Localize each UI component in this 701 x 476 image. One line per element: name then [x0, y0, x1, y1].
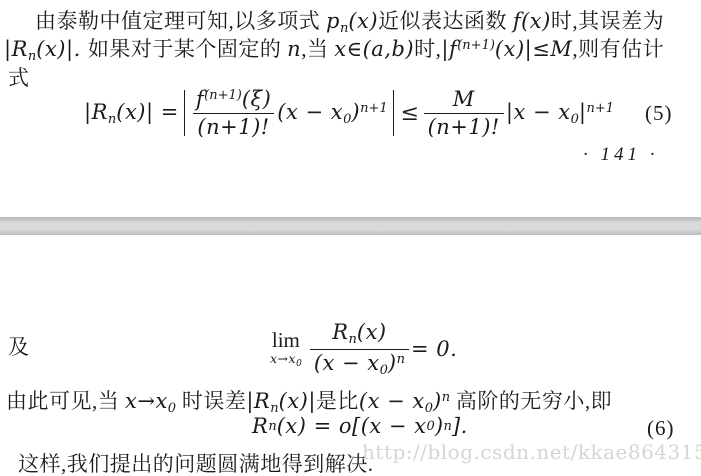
fraction-numerator: f(n+1)(ξ): [192, 88, 275, 112]
formula-5-lhs: |Rn(x)| =: [84, 100, 179, 127]
lead-word: 及: [8, 331, 30, 361]
formula-5-rhs: |x − x0|n+1: [506, 100, 614, 127]
paragraph-line: 式: [8, 62, 30, 92]
fraction: M (n+1)!: [424, 88, 504, 137]
fraction-denominator: (n+1)!: [424, 113, 504, 138]
limit-operator: lim x→x0: [270, 330, 302, 369]
paragraph-line: 由此可见,当 x→x0 时误差|Rn(x)|是比(x − x0)n 高阶的无穷小…: [6, 385, 612, 416]
watermark-url: http://blog.csdn.net/kkae8643150: [362, 440, 701, 464]
page-number: · 141 ·: [583, 144, 659, 166]
limit-equals-zero: = 0.: [411, 337, 457, 362]
paragraph-line: 这样,我们提出的问题圆满地得到解决.: [18, 448, 374, 476]
absolute-value-bar: [184, 90, 185, 136]
paragraph-line: 由泰勒中值定理可知,以多项式 pn(x)近似表达函数 f(x)时,其误差为: [35, 5, 664, 36]
less-equal-sign: ≤: [401, 101, 420, 126]
lim-word: lim: [272, 330, 300, 351]
fraction: f(n+1)(ξ) (n+1)!: [192, 88, 275, 137]
formula-5: |Rn(x)| = f(n+1)(ξ) (n+1)! (x − x0)n+1 ≤…: [84, 88, 614, 138]
fraction-denominator: (x − x0)n: [310, 349, 409, 378]
absolute-value-bar: [393, 90, 394, 136]
page-separator: [0, 217, 701, 235]
lim-subscript: x→x0: [270, 353, 302, 369]
equation-tag-6: (6): [647, 416, 675, 441]
fraction-numerator: Rn(x): [328, 321, 390, 349]
fraction-numerator: M: [449, 88, 479, 112]
equation-tag-5: (5): [645, 101, 673, 126]
paragraph-line: |Rn(x)|. 如果对于某个固定的 n,当 x∈(a,b)时,|f(n+1)(…: [4, 33, 664, 64]
fraction-denominator: (n+1)!: [193, 113, 273, 138]
scanned-document-page: 由泰勒中值定理可知,以多项式 pn(x)近似表达函数 f(x)时,其误差为 |R…: [0, 0, 701, 476]
limit-formula: lim x→x0 Rn(x) (x − x0)n = 0.: [270, 324, 457, 374]
formula-5-middle: (x − x0)n+1: [277, 100, 387, 127]
fraction: Rn(x) (x − x0)n: [310, 321, 409, 377]
formula-6: Rn(x) = o[(x − x0)n].: [252, 414, 468, 438]
